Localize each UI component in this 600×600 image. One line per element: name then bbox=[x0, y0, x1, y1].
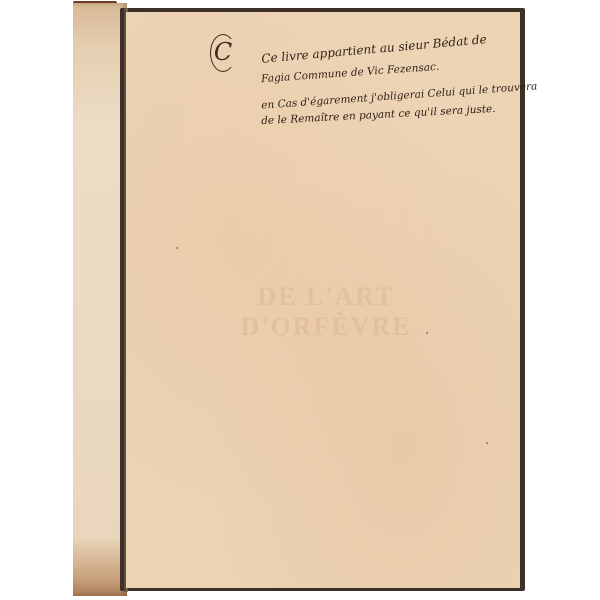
show-through-title: DE L'ART D'ORFÈVRE bbox=[186, 282, 466, 342]
paper-speck bbox=[486, 442, 488, 444]
flyleaf bbox=[73, 3, 127, 596]
inscription-line-2: Fagia Commune de Vic Fezensac. bbox=[261, 61, 440, 85]
inscription-line-1: Ce livre appartient au sieur Bédat de bbox=[261, 32, 487, 66]
paper-speck bbox=[426, 332, 428, 334]
endpaper-page: DE L'ART D'ORFÈVRE C Ce livre appartient… bbox=[126, 12, 520, 588]
monogram-mark: C bbox=[210, 34, 236, 72]
paper-speck bbox=[176, 247, 178, 249]
